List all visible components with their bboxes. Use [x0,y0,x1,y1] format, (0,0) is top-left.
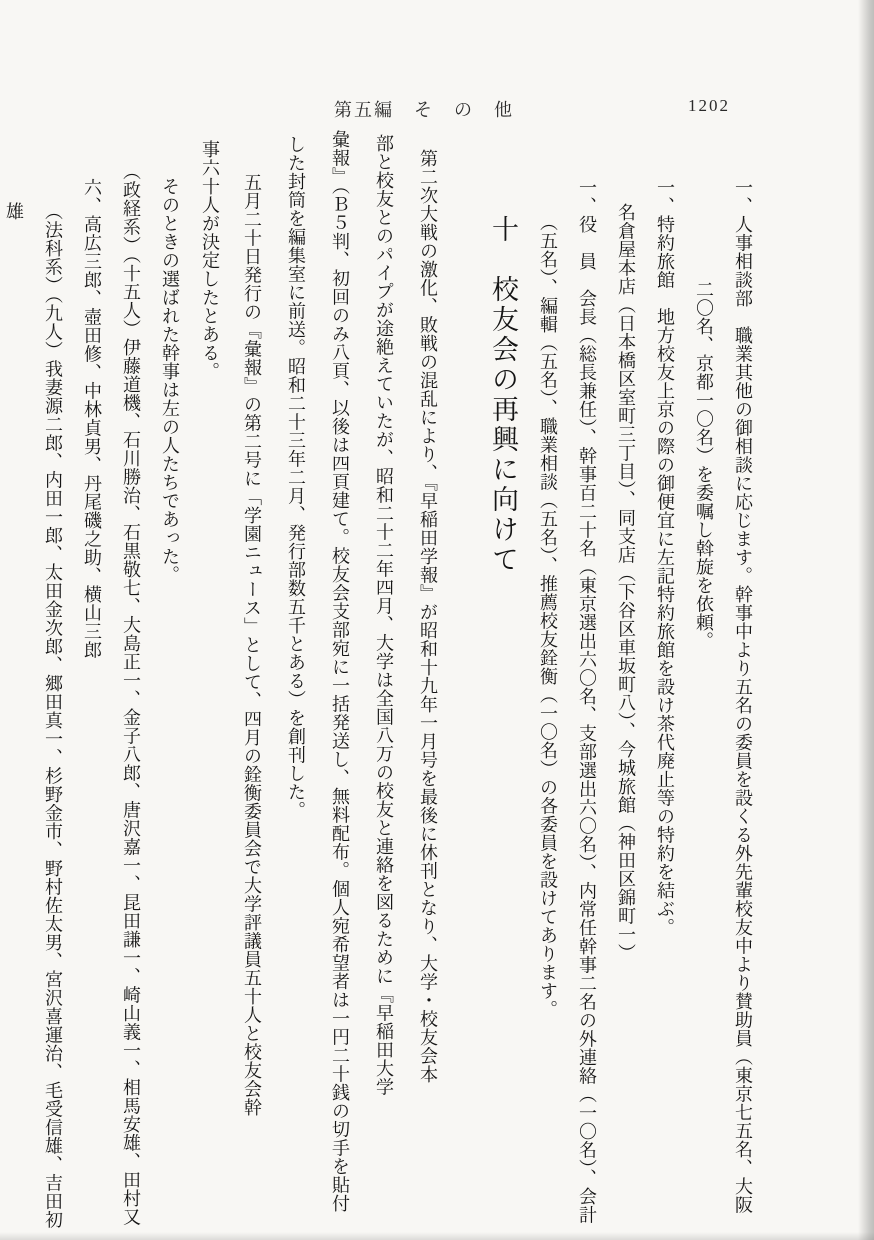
text-column: 一、役 員 会長（総長兼任）、幹事百二十名（東京選出六〇名、支部選出六〇名）、内… [567,130,606,1234]
scanned-book-page: { "page": { "header": { "edition": "第五編 … [0,0,874,1240]
page-text: 一、人事相談部 職業其他の御相談に応じます。幹事中より五名の委員を設くる外先輩校… [20,130,762,1234]
section-heading: 十 校友会の再興に向けて [486,130,520,1234]
page-number: 1202 [688,96,730,116]
edition-title: 第五編 そ の 他 [334,96,514,122]
text-column: 事六十人が決定したとある。 [190,130,230,1234]
text-column: 一、特約旅館 地方校友上京の際の御便宜に左記特約旅館を設け茶代廃止等の特約を結ぶ… [645,130,684,1234]
running-head: 第五編 そ の 他 1202 [0,96,874,122]
text-column: 第二次大戦の激化、敗戦の混乱により、『早稲田学報』が昭和十九年一月号を最後に休刊… [406,130,450,1234]
book-edge-shadow [858,0,874,1240]
text-column: した封筒を編集室に前送。昭和二十三年二月、発行部数五千とある）を創刊した。 [274,130,318,1234]
text-column: 部と校友とのパイプが途絶えていたが、昭和二十二年四月、大学は全国八万の校友と連絡… [362,130,406,1234]
text-column: 一、人事相談部 職業其他の御相談に応じます。幹事中より五名の委員を設くる外先輩校… [723,130,762,1234]
text-column: 五月二十日発行の『彙報』の第二号に「学園ニュース」として、四月の銓衡委員会で大学… [230,130,274,1234]
text-column: 彙報』（Ｂ５判、初回のみ八頁、以後は四頁建て。校友会支部宛に一括発送し、無料配布… [318,130,362,1234]
text-column: そのときの選ばれた幹事は左の人たちであった。 [150,130,190,1234]
text-column: （法科系）（九人）我妻源二郎、内田一郎、太田金次郎、郷田真一、杉野金市、野村佐太… [0,130,72,1234]
text-column: 二〇名、京都一〇名）を委嘱し斡旋を依頼。 [684,130,723,1234]
text-column: （五名）、編輯（五名）、職業相談（五名）、推薦校友銓衡（一〇名）の各委員を設けて… [528,130,567,1234]
text-column: （政経系）（十五人）伊藤道機、石川勝治、石黒敬七、大島正一、金子八郎、唐沢嘉一、… [111,130,150,1234]
text-column: 名倉屋本店（日本橋区室町三丁目）、同支店（下谷区車坂町八）、今城旅館（神田区錦町… [606,130,645,1234]
text-column: 六、高広三郎、壺田修、中林貞男、丹尾磯之助、横山三郎 [72,130,111,1234]
